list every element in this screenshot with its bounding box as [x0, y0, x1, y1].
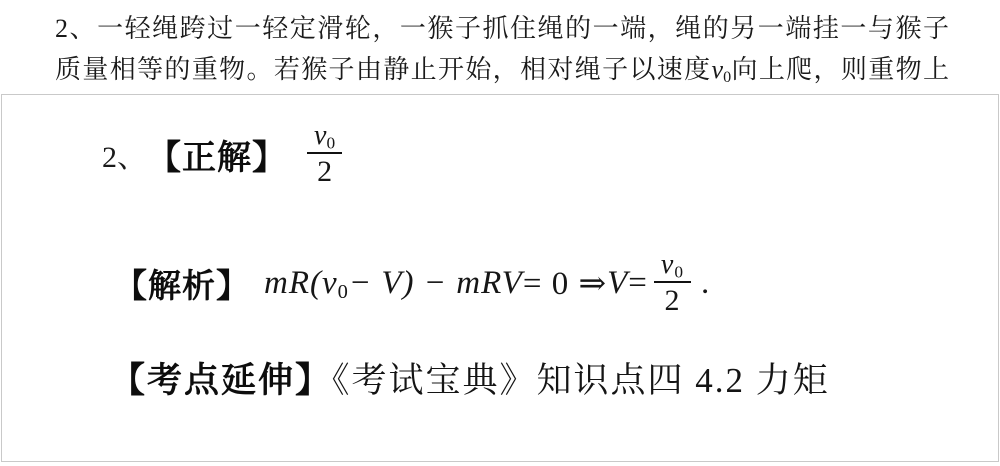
analysis-line: 【解析】 mR(v0 − V) − mRV = 0 ⇒ V = v02.: [114, 250, 998, 317]
equation-V: V: [607, 265, 628, 302]
analysis-label: 【解析】: [114, 260, 250, 307]
answer-panel: 2、 【正解】 v0 2 【解析】 mR(v0 − V) − mRV = 0 ⇒…: [1, 94, 999, 462]
equation-fraction: v02: [654, 250, 691, 317]
analysis-equation: mR(v0 − V) − mRV = 0 ⇒ V = v02.: [264, 250, 710, 317]
v0-variable: v0: [712, 55, 732, 84]
equation-v0: v0: [322, 265, 349, 302]
correct-answer-line: 2、 【正解】 v0 2: [102, 121, 998, 188]
correct-fraction: v0 2: [307, 121, 342, 188]
correct-label: 【正解】: [147, 130, 287, 179]
answer-item-number: 2、: [102, 132, 147, 176]
equation-fraction-numerator: v0: [654, 250, 691, 283]
fraction-denominator: 2: [317, 154, 332, 188]
equation-equals: =: [628, 265, 648, 302]
equation-lhs: mR(: [264, 265, 322, 302]
equation-period: .: [701, 265, 710, 302]
question-number: 2、: [55, 14, 97, 43]
equation-relation: = 0 ⇒: [523, 263, 607, 303]
equation-fraction-denominator: 2: [664, 283, 680, 317]
fraction-numerator: v0: [307, 121, 342, 154]
extension-label: 【考点延伸】: [110, 361, 332, 400]
extension-text: 《考试宝典》知识点四 4.2 力矩: [332, 361, 830, 400]
extension-line: 【考点延伸】《考试宝典》知识点四 4.2 力矩: [110, 353, 998, 403]
equation-mid: − V) − mRV: [349, 265, 523, 302]
